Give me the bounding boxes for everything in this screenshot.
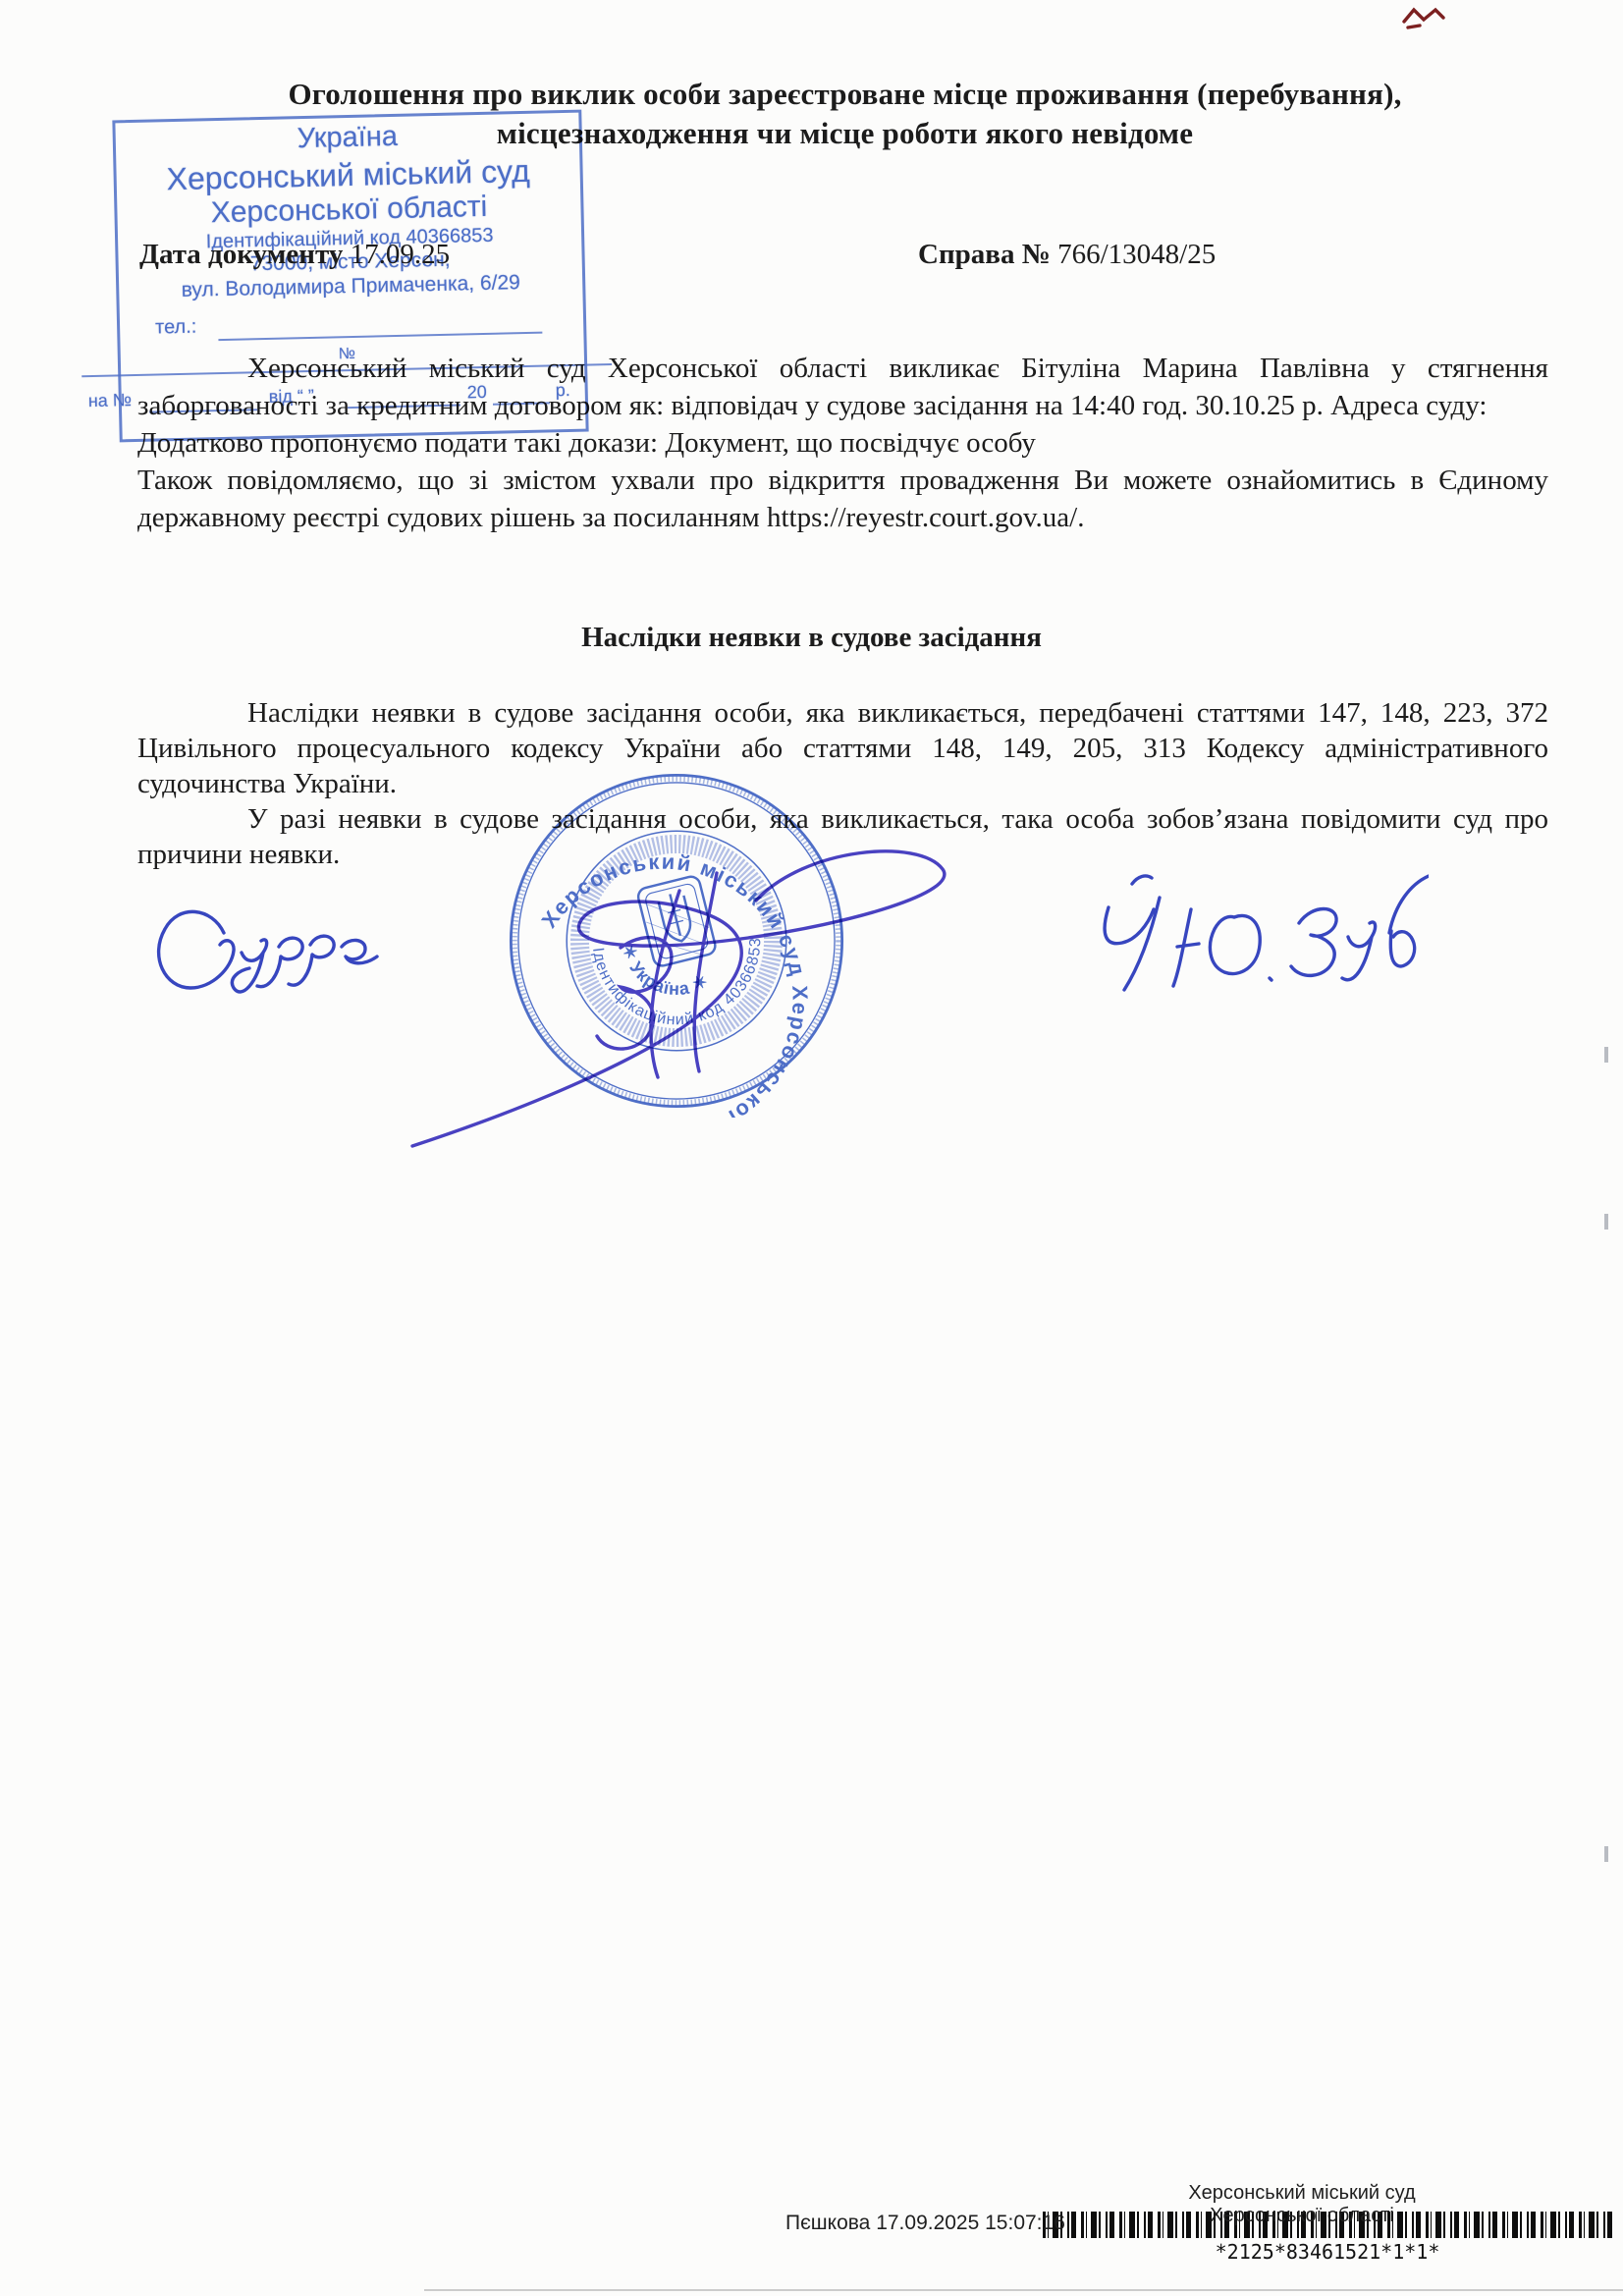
footer-barcode-text: *2125*83461521*1*1*	[1043, 2240, 1612, 2264]
stamp-number-label: №	[339, 346, 356, 363]
scan-artifact-edge-tick	[1604, 1846, 1608, 1862]
document-date-row: Дата документу 17.09.25	[139, 239, 450, 271]
case-number-row: Справа № 766/13048/25	[918, 239, 1216, 271]
scan-artifact-edge-tick	[1604, 1214, 1608, 1230]
stamp-r-label: р.	[555, 380, 569, 401]
stamp-phone-label: тел.:	[155, 316, 197, 340]
stamp-year-line	[493, 402, 550, 405]
stamp-year-label: 20	[466, 382, 487, 403]
footer-court-line1: Херсонський міський суд	[1137, 2182, 1467, 2205]
scan-artifact-bottom-line	[424, 2289, 1623, 2291]
case-number-value: 766/13048/25	[1057, 239, 1216, 270]
case-number-label: Справа №	[918, 239, 1051, 270]
judge-pen-flourish	[295, 830, 1041, 1154]
stamp-phone-line	[218, 332, 542, 341]
footer-operator-timestamp: Пєшкова 17.09.2025 15:07:16	[785, 2212, 1065, 2235]
stamp-na-no-line	[149, 409, 257, 412]
paragraph-registry: Також повідомляємо, що зі змістом ухвали…	[137, 462, 1548, 536]
stamp-vid-label: від “ ”	[269, 386, 315, 408]
stamp-number-line	[81, 363, 612, 377]
stamp-vid-line	[348, 404, 460, 409]
judge-signature	[1065, 862, 1429, 1019]
court-corner-stamp: Україна Херсонський міський суд Херсонсь…	[112, 110, 588, 443]
footer-court-name: Херсонський міський суд Херсонської обла…	[1137, 2182, 1467, 2227]
scan-artifact-edge-tick	[1604, 1047, 1608, 1063]
document-title-line1: Оголошення про виклик особи зареєстрован…	[33, 75, 1623, 114]
scan-artifact-topright-mark	[1402, 6, 1447, 31]
document-date-label: Дата документу	[139, 239, 343, 270]
stamp-bottom-row: на № від “ ” 20 р.	[122, 380, 585, 391]
document-date-value: 17.09.25	[351, 239, 451, 270]
footer-court-line2: Херсонської області	[1137, 2205, 1467, 2227]
stamp-na-no-label: на №	[88, 390, 133, 411]
section-heading: Наслідки неявки в судове засідання	[0, 622, 1623, 654]
scanned-court-document: Оголошення про виклик особи зареєстрован…	[0, 0, 1623, 2296]
